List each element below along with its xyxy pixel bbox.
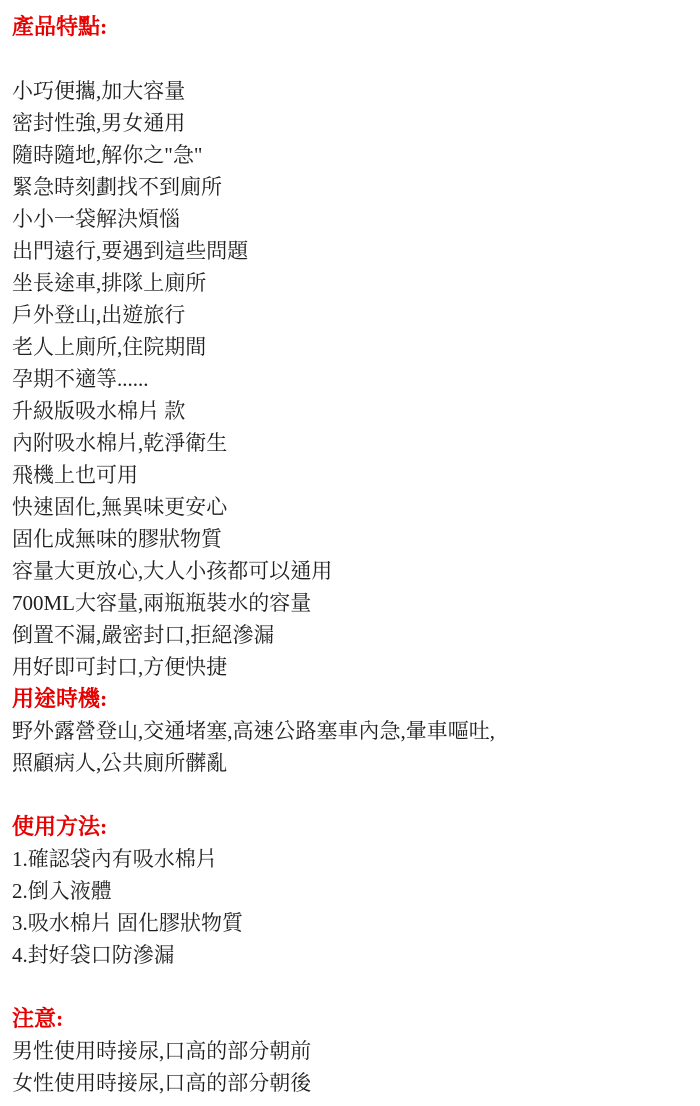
spacer — [12, 43, 686, 75]
text-line: 升級版吸水棉片 款 — [12, 395, 686, 427]
text-line: 密封性強,男女通用 — [12, 107, 686, 139]
text-line: 出門遠行,要遇到這些問題 — [12, 235, 686, 267]
text-line: 隨時隨地,解你之"急" — [12, 139, 686, 171]
usage-occasions-heading: 用途時機: — [12, 683, 686, 715]
text-line: 容量大更放心,大人小孩都可以通用 — [12, 555, 686, 587]
section-instructions: 使用方法: 1.確認袋內有吸水棉片 2.倒入液體 3.吸水棉片 固化膠狀物質 4… — [12, 811, 686, 971]
features-heading: 產品特點: — [12, 11, 686, 43]
product-description-page: 產品特點: 小巧便攜,加大容量 密封性強,男女通用 隨時隨地,解你之"急" 緊急… — [0, 0, 700, 1106]
text-line: 倒置不漏,嚴密封口,拒絕滲漏 — [12, 619, 686, 651]
text-line: 孕期不適等...... — [12, 363, 686, 395]
text-line: 3.吸水棉片 固化膠狀物質 — [12, 907, 686, 939]
text-line: 700ML大容量,兩瓶瓶裝水的容量 — [12, 587, 686, 619]
text-line: 4.封好袋口防滲漏 — [12, 939, 686, 971]
text-line: 照顧病人,公共廁所髒亂 — [12, 747, 686, 779]
text-line: 戶外登山,出遊旅行 — [12, 299, 686, 331]
text-line: 固化成無味的膠狀物質 — [12, 523, 686, 555]
text-line: 內附吸水棉片,乾淨衛生 — [12, 427, 686, 459]
text-line: 用好即可封口,方便快捷 — [12, 651, 686, 683]
text-line: 坐長途車,排隊上廁所 — [12, 267, 686, 299]
section-features: 產品特點: 小巧便攜,加大容量 密封性強,男女通用 隨時隨地,解你之"急" 緊急… — [12, 11, 686, 683]
section-usage-occasions: 用途時機: 野外露營登山,交通堵塞,高速公路塞車內急,暈車嘔吐, 照顧病人,公共… — [12, 683, 686, 779]
section-notice: 注意: 男性使用時接尿,口高的部分朝前 女性使用時接尿,口高的部分朝後 — [12, 1003, 686, 1099]
spacer — [12, 779, 686, 811]
instructions-heading: 使用方法: — [12, 811, 686, 843]
text-line: 小巧便攜,加大容量 — [12, 75, 686, 107]
text-line: 1.確認袋內有吸水棉片 — [12, 843, 686, 875]
text-line: 野外露營登山,交通堵塞,高速公路塞車內急,暈車嘔吐, — [12, 715, 686, 747]
text-line: 小小一袋解決煩惱 — [12, 203, 686, 235]
text-line: 緊急時刻劃找不到廁所 — [12, 171, 686, 203]
notice-heading: 注意: — [12, 1003, 686, 1035]
text-line: 飛機上也可用 — [12, 459, 686, 491]
spacer — [12, 971, 686, 1003]
text-line: 男性使用時接尿,口高的部分朝前 — [12, 1035, 686, 1067]
text-line: 2.倒入液體 — [12, 875, 686, 907]
text-line: 老人上廁所,住院期間 — [12, 331, 686, 363]
text-line: 快速固化,無異味更安心 — [12, 491, 686, 523]
text-line: 女性使用時接尿,口高的部分朝後 — [12, 1067, 686, 1099]
